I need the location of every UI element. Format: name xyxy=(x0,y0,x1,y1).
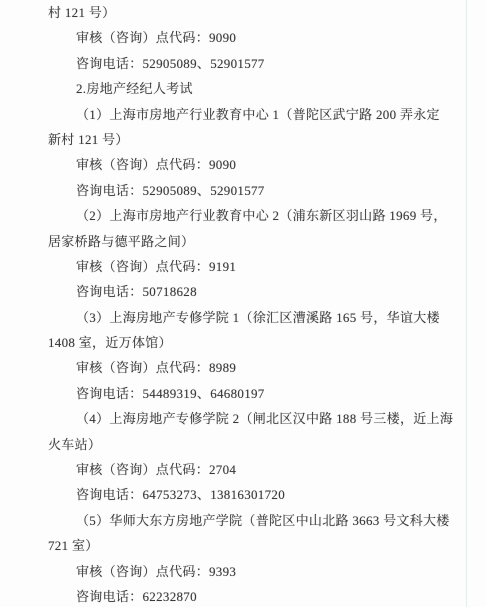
venue-line: （2）上海市房地产行业教育中心 2（浦东新区羽山路 1969 号， xyxy=(0,203,466,228)
audit-code-line: 审核（咨询）点代码：2704 xyxy=(0,457,466,482)
address-continuation-line: 1408 室，近万体馆） xyxy=(0,330,466,355)
section-heading: 2.房地产经纪人考试 xyxy=(0,76,466,101)
phone-line: 咨询电话：52905089、52901577 xyxy=(0,51,466,76)
phone-line: 咨询电话：54489319、64680197 xyxy=(0,381,466,406)
page-edge-rule xyxy=(466,0,467,607)
document-body: 村 121 号） 审核（咨询）点代码：9090 咨询电话：52905089、52… xyxy=(0,0,466,607)
phone-line: 咨询电话：52905089、52901577 xyxy=(0,178,466,203)
phone-line: 咨询电话：64753273、13816301720 xyxy=(0,482,466,507)
venue-line: （5）华师大东方房地产学院（普陀区中山北路 3663 号文科大楼 xyxy=(0,508,466,533)
address-continuation-line: 新村 121 号） xyxy=(0,127,466,152)
address-continuation-line: 火车站） xyxy=(0,432,466,457)
audit-code-line: 审核（咨询）点代码：8989 xyxy=(0,355,466,380)
phone-line: 咨询电话：50718628 xyxy=(0,279,466,304)
audit-code-line: 审核（咨询）点代码：9191 xyxy=(0,254,466,279)
audit-code-line: 审核（咨询）点代码：9090 xyxy=(0,152,466,177)
audit-code-line: 审核（咨询）点代码：9090 xyxy=(0,25,466,50)
document-page: 村 121 号） 审核（咨询）点代码：9090 咨询电话：52905089、52… xyxy=(0,0,486,607)
venue-line: （4）上海房地产专修学院 2（闸北区汉中路 188 号三楼，近上海 xyxy=(0,406,466,431)
audit-code-line: 审核（咨询）点代码：9393 xyxy=(0,559,466,584)
address-continuation-line: 721 室） xyxy=(0,533,466,558)
venue-line: （3）上海房地产专修学院 1（徐汇区漕溪路 165 号，华谊大楼 xyxy=(0,305,466,330)
phone-line: 咨询电话：62232870 xyxy=(0,584,466,607)
address-continuation-line: 村 121 号） xyxy=(0,0,466,25)
venue-line: （1）上海市房地产行业教育中心 1（普陀区武宁路 200 弄永定 xyxy=(0,102,466,127)
address-continuation-line: 居家桥路与德平路之间） xyxy=(0,229,466,254)
